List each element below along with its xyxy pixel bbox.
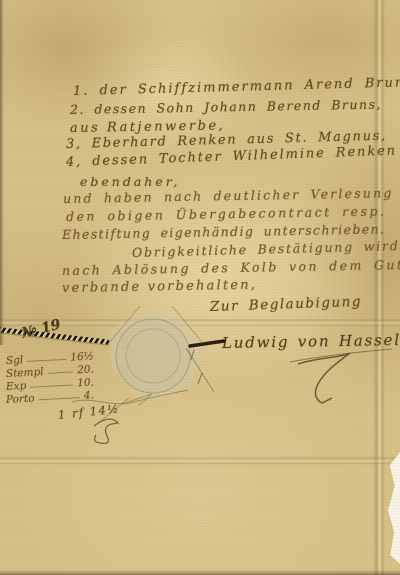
fee-dash-stroke: [48, 371, 74, 373]
manuscript-line: Obrigkeitliche Bestätigung wird: [132, 238, 400, 260]
fee-dash-stroke: [27, 359, 66, 362]
bottom-edge-shadow: [0, 570, 400, 575]
torn-paper-edge: [387, 452, 400, 564]
fee-total: 1 rf 14½: [57, 402, 120, 422]
horizontal-fold-crease-lower: [0, 456, 400, 465]
fee-label: Exp: [6, 380, 27, 393]
manuscript-line: 2. dessen Sohn Johann Berend Bruns,: [70, 97, 382, 117]
fee-label: Stempl: [6, 366, 44, 380]
ink-tick: [198, 373, 202, 384]
attestation-line: Zur Beglaubigung: [210, 294, 363, 315]
scanned-document: 1. der Schiffzimmermann Arend Bruns, 2. …: [0, 0, 400, 575]
fee-value: 4.: [84, 389, 95, 402]
manuscript-line: 1. der Schiffzimmermann Arend Bruns,: [73, 75, 400, 99]
left-edge-shadow: [0, 0, 4, 345]
signature-paraph: [298, 353, 350, 403]
fee-value: 10.: [77, 376, 94, 389]
fee-value: 16½: [70, 350, 94, 363]
manuscript-line: verbande vorbehalten,: [62, 278, 257, 296]
manuscript-line: nach Ablösung des Kolb von dem Guts-: [62, 257, 400, 278]
fee-dash-stroke: [30, 384, 73, 387]
fee-paraph: [94, 419, 118, 443]
fee-label: Porto: [6, 393, 35, 406]
fee-value: 20.: [77, 363, 94, 376]
manuscript-line: ebendaher,: [80, 174, 180, 189]
signature: Ludwig von Hassell: [222, 331, 400, 352]
fee-dash-stroke: [39, 397, 80, 400]
fee-label: Sgl: [6, 354, 24, 367]
manuscript-line: den obigen Übergabecontract resp.: [66, 203, 387, 224]
